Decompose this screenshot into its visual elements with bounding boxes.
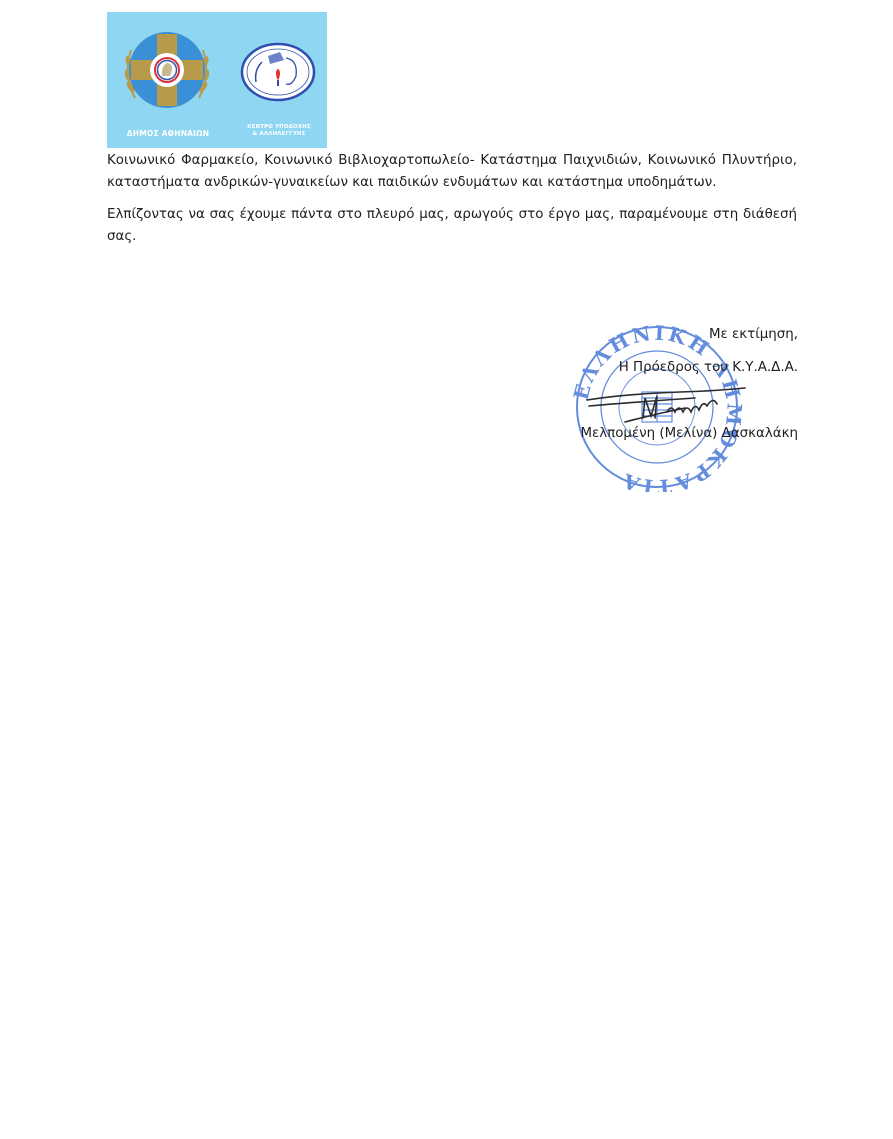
signature-closing: Με εκτίμηση, xyxy=(709,326,798,344)
body-paragraph-services: Κοινωνικό Φαρμακείο, Κοινωνικό Βιβλιοχαρ… xyxy=(107,150,797,193)
letterhead-logos: ΔΗΜΟΣ ΑΘΗΝΑΙΩΝ ΚΕΝΤΡΟ ΥΠΟΔΟΧΗΣ & ΑΛΛΗΛΕΓ… xyxy=(107,12,327,148)
handwritten-signature-icon xyxy=(585,378,755,428)
municipality-athens-emblem-icon xyxy=(117,20,217,120)
logo-caption-center-line-1: ΚΕΝΤΡΟ ΥΠΟΔΟΧΗΣ xyxy=(235,124,323,131)
body-paragraph-closing: Ελπίζοντας να σας έχουμε πάντα στο πλευρ… xyxy=(107,204,797,247)
logo-caption-athens: ΔΗΜΟΣ ΑΘΗΝΑΙΩΝ xyxy=(115,129,221,138)
logo-caption-center: ΚΕΝΤΡΟ ΥΠΟΔΟΧΗΣ & ΑΛΛΗΛΕΓΓΥΗΣ xyxy=(235,124,323,138)
logo-caption-center-line-2: & ΑΛΛΗΛΕΓΓΥΗΣ xyxy=(235,131,323,138)
kyada-emblem-icon xyxy=(240,42,316,102)
signature-title: Η Πρόεδρος του Κ.Υ.Α.Δ.Α. xyxy=(619,359,798,377)
signatory-name: Μελπομένη (Μελίνα) Δασκαλάκη xyxy=(580,425,798,443)
